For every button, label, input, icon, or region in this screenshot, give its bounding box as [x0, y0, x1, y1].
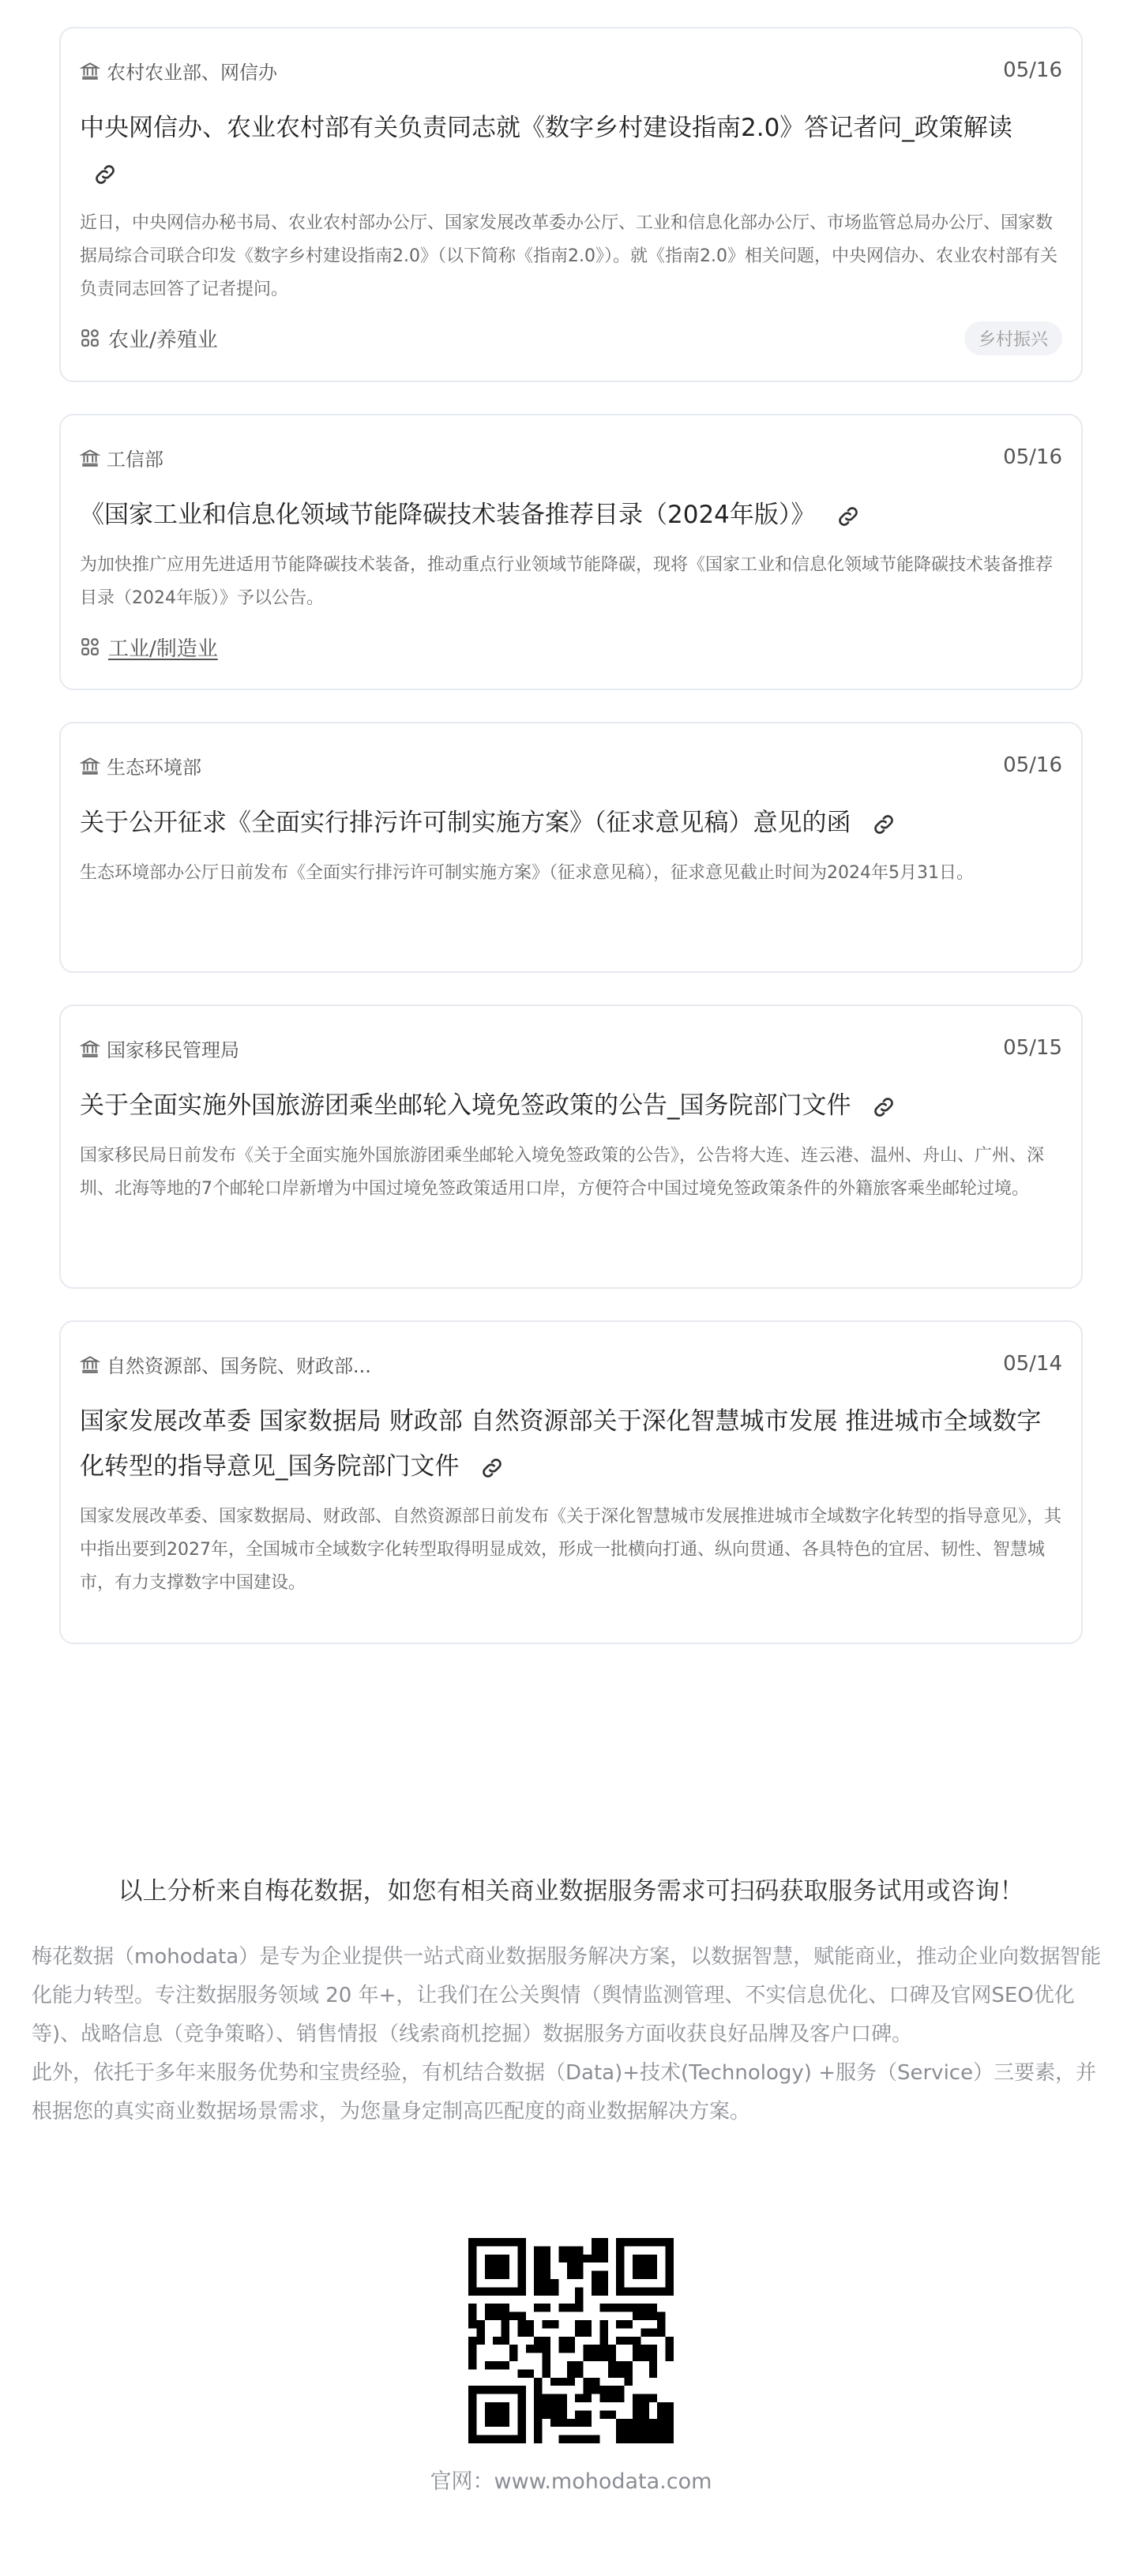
card-date: 05/16	[1003, 753, 1062, 777]
card-title-text[interactable]: 关于公开征求《全面实行排污许可制实施方案》（征求意见稿）意见的函	[80, 809, 851, 837]
link-icon[interactable]	[871, 812, 896, 837]
card-source: 农村农业部、网信办	[107, 57, 277, 84]
card-industry-label[interactable]: 工业/制造业	[108, 633, 218, 662]
card-summary: 国家发展改革委、国家数据局、财政部、自然资源部日前发布《关于深化智慧城市发展推进…	[80, 1500, 1062, 1600]
card-title-text[interactable]: 中央网信办、农业农村部有关负责同志就《数字乡村建设指南2.0》答记者问_政策解读	[80, 114, 1012, 142]
bank-building-icon	[80, 60, 100, 81]
bank-building-icon	[80, 1038, 100, 1058]
policy-card[interactable]: 工信部 05/16 《国家工业和信息化领域节能降碳技术装备推荐目录（2024年版…	[59, 414, 1083, 690]
card-source: 国家移民管理局	[107, 1035, 239, 1062]
bank-building-icon	[80, 447, 100, 468]
policy-card[interactable]: 自然资源部、国务院、财政部... 05/14 国家发展改革委 国家数据局 财政部…	[59, 1320, 1083, 1644]
card-industry[interactable]: 工业/制造业	[80, 633, 218, 662]
card-title-text[interactable]: 《国家工业和信息化领域节能降碳技术装备推荐目录（2024年版）》	[80, 501, 815, 529]
card-date: 05/16	[1003, 445, 1062, 469]
link-icon[interactable]	[92, 162, 118, 187]
bank-building-icon	[80, 755, 100, 775]
qr-code-icon	[468, 2238, 674, 2443]
policy-card-list: 农村农业部、网信办 05/16 中央网信办、农业农村部有关负责同志就《数字乡村建…	[59, 27, 1083, 1676]
card-title[interactable]: 国家发展改革委 国家数据局 财政部 自然资源部关于深化智慧城市发展 推进城市全域…	[80, 1399, 1062, 1489]
policy-card[interactable]: 农村农业部、网信办 05/16 中央网信办、农业农村部有关负责同志就《数字乡村建…	[59, 27, 1083, 382]
page: 农村农业部、网信办 05/16 中央网信办、农业农村部有关负责同志就《数字乡村建…	[0, 0, 1142, 2576]
card-title-text[interactable]: 关于全面实施外国旅游团乘坐邮轮入境免签政策的公告_国务院部门文件	[80, 1091, 851, 1120]
card-tag[interactable]: 乡村振兴	[964, 321, 1062, 355]
apps-grid-icon	[80, 328, 100, 348]
card-title[interactable]: 关于全面实施外国旅游团乘坐邮轮入境免签政策的公告_国务院部门文件	[80, 1083, 1062, 1128]
card-industry[interactable]: 农业/养殖业	[80, 324, 218, 353]
card-industry-label[interactable]: 农业/养殖业	[108, 324, 218, 353]
card-title-text[interactable]: 国家发展改革委 国家数据局 财政部 自然资源部关于深化智慧城市发展 推进城市全域…	[80, 1407, 1041, 1481]
card-summary: 生态环境部办公厅日前发布《全面实行排污许可制实施方案》（征求意见稿），征求意见截…	[80, 857, 1062, 890]
card-date: 05/16	[1003, 58, 1062, 82]
card-summary: 为加快推广应用先进适用节能降碳技术装备，推动重点行业领域节能降碳，现将《国家工业…	[80, 549, 1062, 615]
card-summary: 国家移民局日前发布《关于全面实施外国旅游团乘坐邮轮入境免签政策的公告》，公告将大…	[80, 1140, 1062, 1206]
policy-card[interactable]: 国家移民管理局 05/15 关于全面实施外国旅游团乘坐邮轮入境免签政策的公告_国…	[59, 1004, 1083, 1289]
policy-card[interactable]: 生态环境部 05/16 关于公开征求《全面实行排污许可制实施方案》（征求意见稿）…	[59, 722, 1083, 973]
card-date: 05/15	[1003, 1036, 1062, 1060]
card-date: 05/14	[1003, 1352, 1062, 1376]
promo-headline: 以上分析来自梅花数据，如您有相关商业数据服务需求可扫码获取服务试用或咨询！	[32, 1872, 1110, 1911]
promo-paragraph-1: 梅花数据（mohodata）是专为企业提供一站式商业数据服务解决方案，以数据智慧…	[32, 1938, 1110, 2054]
card-title[interactable]: 《国家工业和信息化领域节能降碳技术装备推荐目录（2024年版）》	[80, 493, 1062, 538]
promo-description: 梅花数据（mohodata）是专为企业提供一站式商业数据服务解决方案，以数据智慧…	[32, 1938, 1110, 2131]
link-icon[interactable]	[836, 504, 861, 529]
bank-building-icon	[80, 1354, 100, 1374]
link-icon[interactable]	[871, 1095, 896, 1120]
promo-paragraph-2: 此外，依托于多年来服务优势和宝贵经验，有机结合数据（Data)+技术(Techn…	[32, 2054, 1110, 2131]
apps-grid-icon	[80, 636, 100, 657]
card-title[interactable]: 关于公开征求《全面实行排污许可制实施方案》（征求意见稿）意见的函	[80, 801, 1062, 846]
card-title[interactable]: 中央网信办、农业农村部有关负责同志就《数字乡村建设指南2.0》答记者问_政策解读	[80, 106, 1062, 196]
link-icon[interactable]	[479, 1455, 505, 1481]
website-link[interactable]: 官网：www.mohodata.com	[0, 2464, 1142, 2495]
promo-section: 以上分析来自梅花数据，如您有相关商业数据服务需求可扫码获取服务试用或咨询！ 梅花…	[32, 1872, 1110, 2131]
card-summary: 近日，中央网信办秘书局、农业农村部办公厅、国家发展改革委办公厅、工业和信息化部办…	[80, 207, 1062, 306]
card-source: 工信部	[107, 444, 163, 471]
card-source: 自然资源部、国务院、财政部...	[107, 1350, 371, 1378]
card-source: 生态环境部	[107, 752, 201, 779]
